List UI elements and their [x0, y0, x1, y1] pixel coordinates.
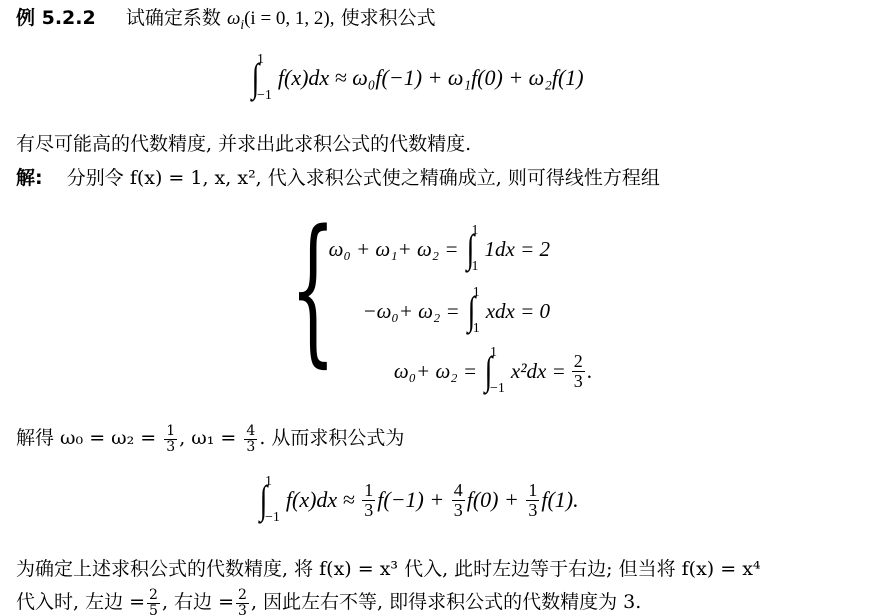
coeff-args: (i = 0, 1, 2),: [244, 8, 334, 29]
conclusion-line-2: 代入时, 左边 =25, 右边 =23, 因此左右不等, 即得求积公式的代数精度…: [16, 588, 641, 615]
conclusion-line-1: 为确定上述求积公式的代数精度, 将 f(x) = x³ 代入, 此时左边等于右边…: [16, 557, 761, 581]
solution-result: 解得 ω₀ = ω₂ = 13, ω₁ = 43. 从而求积公式为: [16, 424, 404, 454]
example-label: 例 5.2.2: [16, 7, 96, 29]
formula-body: f(x)dx ≈ ω₀f(−1) + ω₁f(0) + ω₂f(1): [278, 65, 584, 91]
quadrature-formula: ∫ 1−1 f(x)dx ≈ ω₀f(−1) + ω₁f(0) + ω₂f(1): [250, 52, 584, 104]
solution-intro: 解: 分别令 f(x) = 1, x, x², 代入求积公式使之精确成立, 则可…: [16, 166, 660, 190]
system-equation-3: ω₀+ ω₂ = ∫1−1 x²dx = 23.: [394, 345, 592, 397]
example-text-before: 试确定系数: [126, 7, 221, 29]
system-equation-2: −ω₀+ ω₂ = ∫11 xdx = 0: [362, 285, 550, 337]
problem-continuation: 有尽可能高的代数精度, 并求出此求积公式的代数精度.: [16, 132, 471, 156]
example-text-after: 使求积公式: [341, 7, 436, 29]
solution-text: 分别令 f(x) = 1, x, x², 代入求积公式使之精确成立, 则可得线性…: [67, 167, 660, 189]
solution-label: 解:: [16, 167, 43, 189]
integral-sign: ∫ 1−1: [250, 52, 272, 104]
linear-system: { ω₀ + ω₁+ ω₂ = ∫11 1dx = 2 −ω₀+ ω₂ = ∫1…: [290, 215, 600, 395]
system-equation-1: ω₀ + ω₁+ ω₂ = ∫11 1dx = 2: [329, 223, 550, 275]
example-statement: 例 5.2.2 试确定系数 ωi(i = 0, 1, 2), 使求积公式: [16, 6, 436, 31]
coeff-symbol: ωi: [227, 8, 244, 29]
final-quadrature-formula: ∫1−1 f(x)dx ≈ 13f(−1) + 43f(0) + 13f(1).: [258, 474, 579, 526]
